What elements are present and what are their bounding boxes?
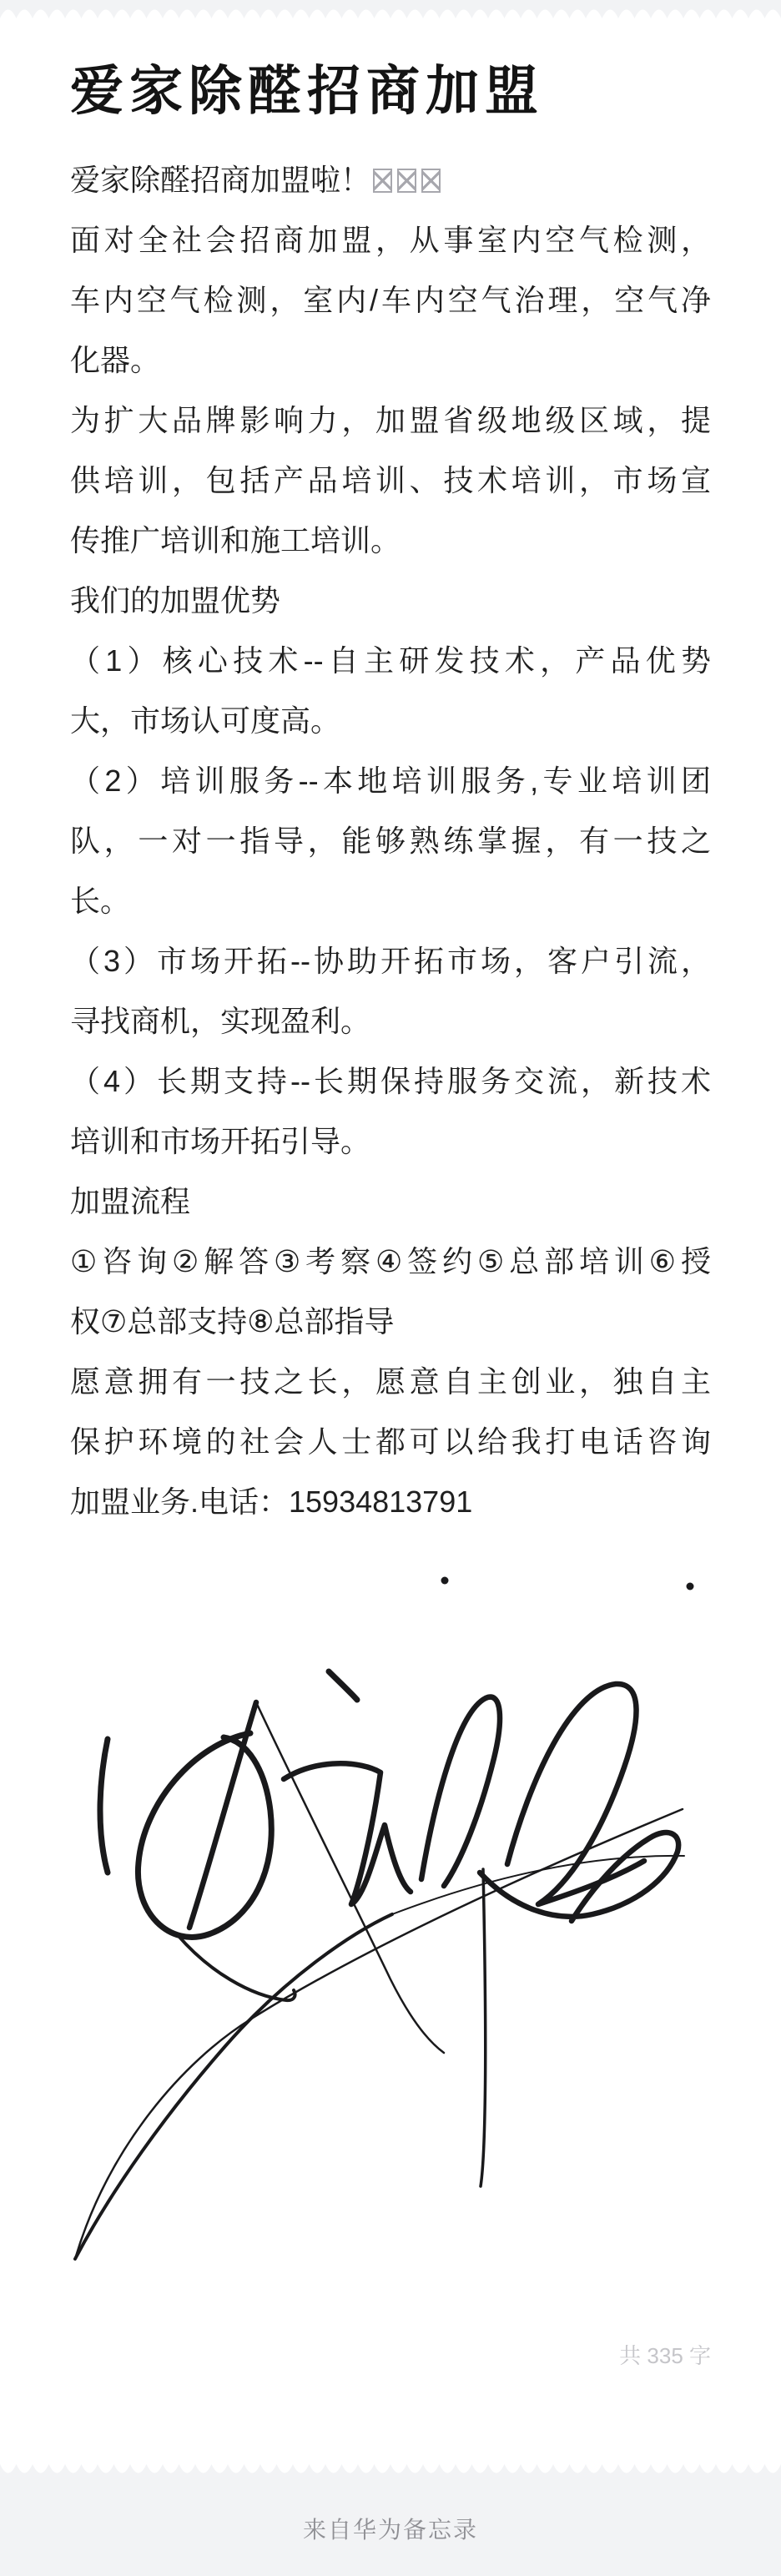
- body-line: （2）培训服务--本地培训服务,专业培训团: [70, 751, 711, 811]
- body-line: 加盟业务.电话：15934813791: [70, 1472, 711, 1532]
- handwritten-signature: [0, 1545, 781, 2280]
- body-line: 为扩大品牌影响力，加盟省级地级区域，提: [70, 391, 711, 451]
- body-line: 加盟流程: [70, 1172, 711, 1232]
- source-attribution-label: 来自华为备忘录: [303, 2512, 478, 2545]
- note-body: 爱家除醛招商加盟啦！面对全社会招商加盟，从事室内空气检测，车内空气检测，室内/车…: [70, 150, 711, 1532]
- body-line: 传推广培训和施工培训。: [70, 511, 711, 571]
- body-line: 供培训，包括产品培训、技术培训，市场宣: [70, 451, 711, 511]
- body-line: 寻找商机，实现盈利。: [70, 991, 711, 1051]
- body-line: 愿意拥有一技之长，愿意自主创业，独自主: [70, 1352, 711, 1412]
- missing-glyph-icon: [373, 169, 392, 193]
- body-line: 长。: [70, 871, 711, 931]
- body-line: 化器。: [70, 330, 711, 391]
- missing-glyph-icon: [421, 169, 441, 193]
- body-line: 大，市场认可度高。: [70, 691, 711, 751]
- top-background-strip: [0, 0, 781, 8]
- share-card: 爱家除醛招商加盟 爱家除醛招商加盟啦！面对全社会招商加盟，从事室内空气检测，车内…: [0, 0, 781, 2576]
- body-line: （1）核心技术--自主研发技术，产品优势: [70, 631, 711, 691]
- body-line: 权⑦总部支持⑧总部指导: [70, 1292, 711, 1352]
- body-line: 培训和市场开拓引导。: [70, 1112, 711, 1172]
- body-line: 车内空气检测，室内/车内空气治理，空气净: [70, 270, 711, 330]
- note-title: 爱家除醛招商加盟: [70, 53, 711, 129]
- body-line: （4）长期支持--长期保持服务交流，新技术: [70, 1051, 711, 1112]
- word-count-label: 共 335 字: [70, 2343, 711, 2368]
- torn-edge-bottom-icon: [0, 2464, 781, 2475]
- body-line: 爱家除醛招商加盟啦！: [70, 150, 711, 210]
- torn-edge-top-icon: [0, 8, 781, 18]
- body-line: ①咨询②解答③考察④签约⑤总部培训⑥授: [70, 1232, 711, 1292]
- body-line: 队，一对一指导，能够熟练掌握，有一技之: [70, 811, 711, 871]
- signature-ink-icon: [0, 1545, 781, 2280]
- footer: 来自华为备忘录: [0, 2464, 781, 2576]
- note-card: 爱家除醛招商加盟 爱家除醛招商加盟啦！面对全社会招商加盟，从事室内空气检测，车内…: [0, 18, 781, 2464]
- body-line: 保护环境的社会人士都可以给我打电话咨询: [70, 1412, 711, 1472]
- body-line: （3）市场开拓--协助开拓市场，客户引流，: [70, 931, 711, 991]
- body-line: 我们的加盟优势: [70, 571, 711, 631]
- body-line: 面对全社会招商加盟，从事室内空气检测，: [70, 210, 711, 270]
- missing-glyph-icon: [397, 169, 416, 193]
